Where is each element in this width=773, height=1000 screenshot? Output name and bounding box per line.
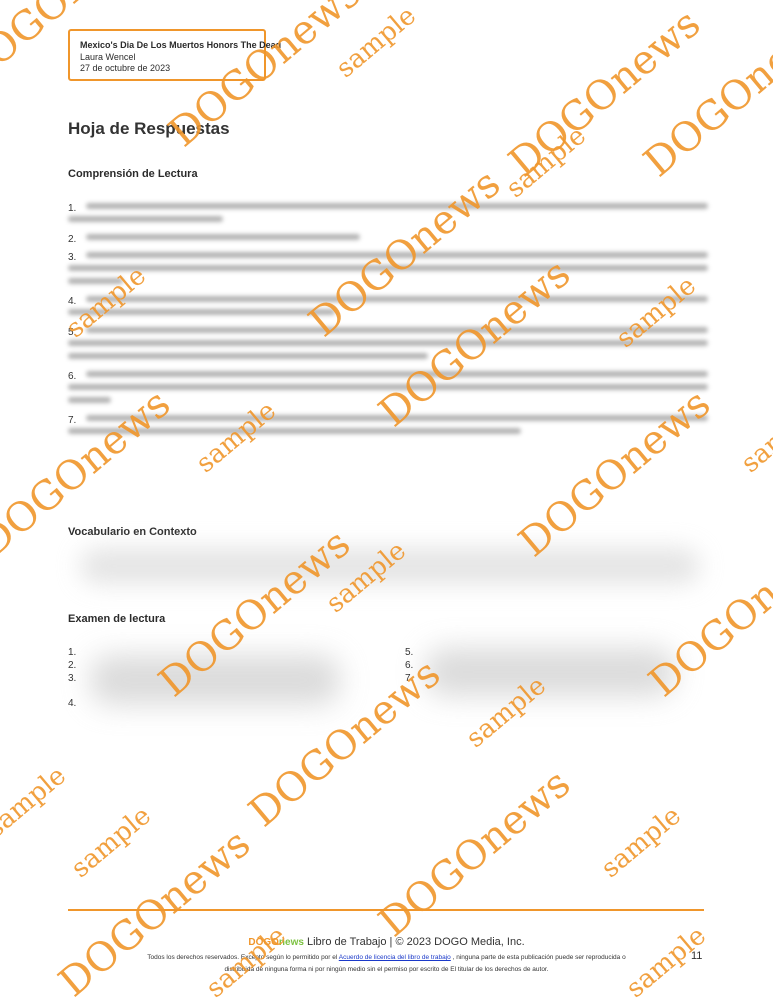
comprehension-question: 7. — [68, 415, 708, 434]
blurred-text-line — [68, 384, 708, 390]
exam-item-number: 7. — [405, 672, 413, 685]
legal-text-start: Todos los derechos reservados. Excepto s… — [147, 954, 339, 961]
footer-copyright: Libro de Trabajo | © 2023 DOGO Media, In… — [304, 936, 525, 948]
footer-divider — [68, 909, 704, 911]
blurred-text-line — [68, 265, 708, 271]
question-number: 4. — [68, 296, 76, 307]
blurred-text-line — [86, 296, 708, 302]
answer-blurred — [86, 415, 708, 434]
answer-blurred — [86, 371, 708, 403]
vocabulary-answer-blurred — [80, 548, 700, 584]
answer-blurred — [86, 327, 708, 359]
watermark-sample: sample — [736, 396, 773, 479]
blurred-text-line — [68, 340, 708, 346]
comprehension-question: 5. — [68, 327, 708, 359]
exam-item-number: 6. — [405, 659, 413, 672]
exam-item-number: 5. — [405, 646, 413, 659]
article-title: Mexico's Dia De Los Muertos Honors The D… — [80, 40, 264, 52]
blurred-text-line — [68, 428, 521, 434]
footer-brand-line: DOGOnews Libro de Trabajo | © 2023 DOGO … — [0, 936, 773, 948]
answer-blurred — [86, 296, 708, 315]
comprehension-question-list: 1.2.3.4.5.6.7. — [68, 200, 708, 446]
news-logo: news — [279, 937, 304, 948]
comprehension-question: 3. — [68, 252, 708, 284]
comprehension-question: 1. — [68, 203, 708, 222]
blurred-text-line — [86, 252, 708, 258]
question-number: 7. — [68, 415, 76, 426]
answer-blurred — [86, 252, 708, 284]
article-info-box: Mexico's Dia De Los Muertos Honors The D… — [68, 29, 266, 81]
watermark-brand: DOGOnews — [635, 0, 773, 186]
watermark-sample: sample — [66, 801, 157, 884]
answer-blurred — [86, 234, 708, 240]
blurred-text-line — [68, 397, 111, 403]
blurred-text-line — [86, 415, 708, 421]
blurred-text-line — [86, 371, 708, 377]
section-title-comprehension: Comprensión de Lectura — [68, 168, 198, 180]
blurred-text-line — [68, 278, 123, 284]
watermark-brand: DOGOnews — [370, 760, 579, 946]
watermark-brand: DOGOnews — [500, 0, 709, 186]
section-title-exam: Examen de lectura — [68, 613, 165, 625]
question-number: 5. — [68, 327, 76, 338]
exam-answers-right-blurred — [425, 648, 675, 696]
exam-item-number: 3. — [68, 672, 76, 685]
comprehension-question: 6. — [68, 371, 708, 403]
comprehension-question: 2. — [68, 234, 708, 240]
license-agreement-link[interactable]: Acuerdo de licencia del libro de trabajo — [339, 954, 451, 961]
page-title: Hoja de Respuestas — [68, 119, 230, 139]
question-number: 2. — [68, 234, 76, 245]
dogo-logo: DOGO — [248, 937, 279, 948]
question-number: 3. — [68, 252, 76, 263]
footer-legal-text: Todos los derechos reservados. Excepto s… — [140, 952, 633, 976]
blurred-text-line — [68, 216, 223, 222]
article-author: Laura Wencel — [80, 52, 264, 64]
exam-item-number: 4. — [68, 697, 76, 710]
watermark-sample: sample — [0, 761, 72, 844]
page-number: 11 — [691, 950, 702, 962]
exam-left-numbers: 1. 2. 3. 4. — [68, 646, 76, 710]
answer-blurred — [86, 203, 708, 222]
watermark-sample: sample — [501, 121, 592, 204]
exam-item-number: 2. — [68, 659, 76, 672]
blurred-text-line — [68, 309, 335, 315]
blurred-text-line — [68, 353, 428, 359]
exam-answers-left-blurred — [90, 655, 340, 705]
question-number: 1. — [68, 203, 76, 214]
comprehension-question: 4. — [68, 296, 708, 315]
blurred-text-line — [86, 203, 708, 209]
exam-item-number: 1. — [68, 646, 76, 659]
article-date: 27 de octubre de 2023 — [80, 63, 264, 75]
question-number: 6. — [68, 371, 76, 382]
blurred-text-line — [86, 327, 708, 333]
section-title-vocabulary: Vocabulario en Contexto — [68, 526, 197, 538]
watermark-sample: sample — [596, 801, 687, 884]
exam-right-numbers: 5. 6. 7. — [405, 646, 413, 685]
watermark-sample: sample — [331, 1, 422, 84]
blurred-text-line — [86, 234, 360, 240]
